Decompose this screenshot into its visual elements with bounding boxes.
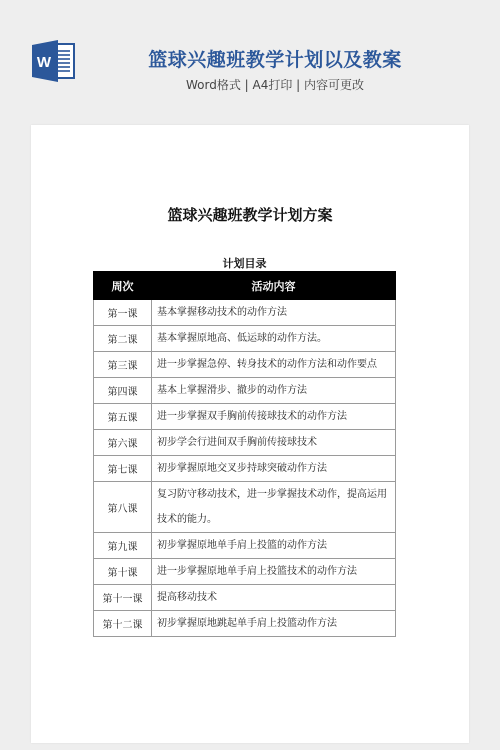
- column-header-content: 活动内容: [152, 272, 396, 300]
- table-row: 第一课 基本掌握移动技术的动作方法: [94, 300, 396, 326]
- page-title: 篮球兴趣班教学计划方案: [31, 204, 469, 225]
- week-cell: 第七课: [94, 456, 152, 482]
- content-cell: 基本上掌握滑步、撤步的动作方法: [152, 378, 396, 404]
- header: W 篮球兴趣班教学计划以及教案 Word格式 | A4打印 | 内容可更改: [0, 0, 500, 120]
- document-subtitle: Word格式 | A4打印 | 内容可更改: [150, 76, 400, 93]
- table-header-row: 周次 活动内容: [94, 272, 396, 300]
- content-cell: 初步掌握原地跳起单手肩上投篮动作方法: [152, 611, 396, 637]
- content-cell: 初步学会行进间双手胸前传接球技术: [152, 430, 396, 456]
- table-row: 第六课 初步学会行进间双手胸前传接球技术: [94, 430, 396, 456]
- content-cell: 进一步掌握急停、转身技术的动作方法和动作要点: [152, 352, 396, 378]
- week-cell: 第一课: [94, 300, 152, 326]
- week-cell: 第六课: [94, 430, 152, 456]
- table-row: 第十二课 初步掌握原地跳起单手肩上投篮动作方法: [94, 611, 396, 637]
- content-cell: 基本掌握移动技术的动作方法: [152, 300, 396, 326]
- week-cell: 第九课: [94, 533, 152, 559]
- week-cell: 第八课: [94, 482, 152, 533]
- table-row: 第十一课 提高移动技术: [94, 585, 396, 611]
- week-cell: 第三课: [94, 352, 152, 378]
- content-cell: 初步掌握原地单手肩上投篮的动作方法: [152, 533, 396, 559]
- content-cell: 初步掌握原地交叉步持球突破动作方法: [152, 456, 396, 482]
- table-row: 第二课 基本掌握原地高、低运球的动作方法。: [94, 326, 396, 352]
- column-header-week: 周次: [94, 272, 152, 300]
- table-row: 第四课 基本上掌握滑步、撤步的动作方法: [94, 378, 396, 404]
- toc-caption: 计划目录: [93, 255, 396, 271]
- table-row: 第八课 复习防守移动技术，进一步掌握技术动作，提高运用技术的能力。: [94, 482, 396, 533]
- table-row: 第十课 进一步掌握原地单手肩上投篮技术的动作方法: [94, 559, 396, 585]
- week-cell: 第十一课: [94, 585, 152, 611]
- table-row: 第九课 初步掌握原地单手肩上投篮的动作方法: [94, 533, 396, 559]
- table-row: 第三课 进一步掌握急停、转身技术的动作方法和动作要点: [94, 352, 396, 378]
- table-row: 第七课 初步掌握原地交叉步持球突破动作方法: [94, 456, 396, 482]
- plan-table: 周次 活动内容 第一课 基本掌握移动技术的动作方法 第二课 基本掌握原地高、低运…: [93, 271, 396, 637]
- week-cell: 第五课: [94, 404, 152, 430]
- week-cell: 第四课: [94, 378, 152, 404]
- document-heading: 篮球兴趣班教学计划以及教案: [140, 45, 410, 72]
- content-cell: 进一步掌握原地单手肩上投篮技术的动作方法: [152, 559, 396, 585]
- content-cell: 基本掌握原地高、低运球的动作方法。: [152, 326, 396, 352]
- week-cell: 第十课: [94, 559, 152, 585]
- content-cell: 复习防守移动技术，进一步掌握技术动作，提高运用技术的能力。: [152, 482, 396, 533]
- content-cell: 提高移动技术: [152, 585, 396, 611]
- content-cell: 进一步掌握双手胸前传接球技术的动作方法: [152, 404, 396, 430]
- week-cell: 第十二课: [94, 611, 152, 637]
- week-cell: 第二课: [94, 326, 152, 352]
- document-page: 篮球兴趣班教学计划方案 计划目录 周次 活动内容 第一课 基本掌握移动技术的动作…: [31, 125, 469, 743]
- word-icon: W: [32, 40, 76, 82]
- table-row: 第五课 进一步掌握双手胸前传接球技术的动作方法: [94, 404, 396, 430]
- svg-text:W: W: [37, 54, 52, 71]
